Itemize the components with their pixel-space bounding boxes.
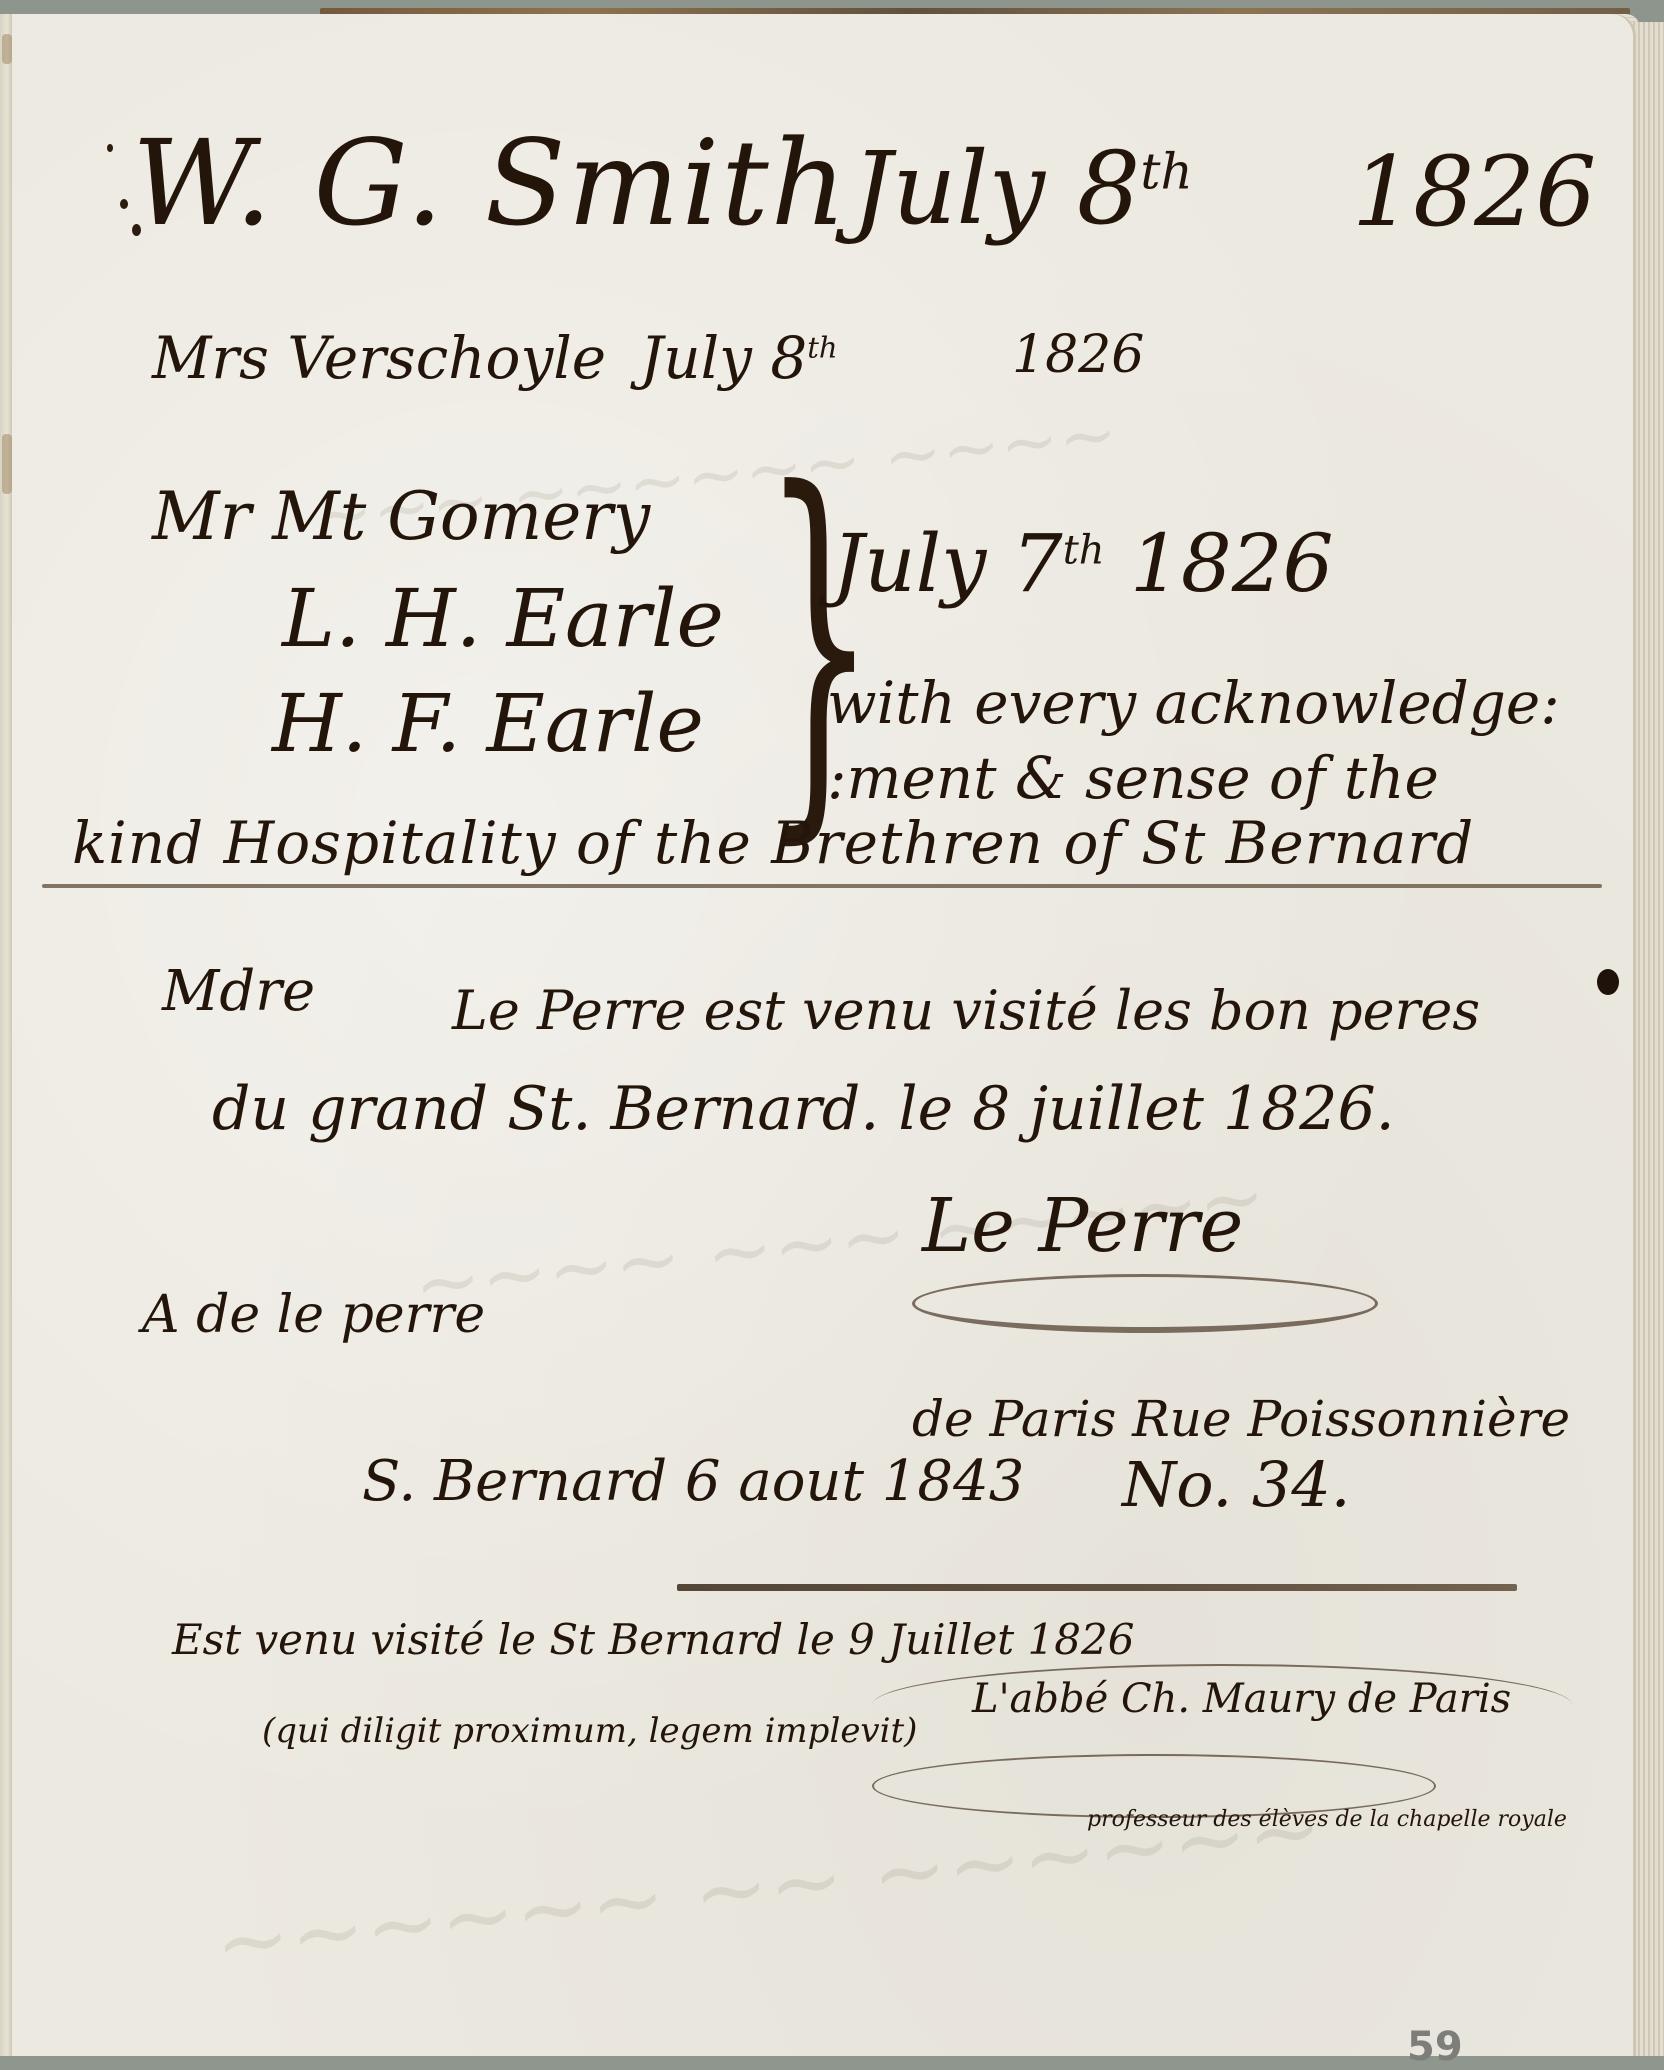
entry-date: July 7th 1826 <box>832 524 1334 604</box>
date-ordinal: th <box>1063 527 1105 573</box>
message-line: :ment & sense of the <box>827 749 1439 807</box>
page-number: 59 <box>1407 2024 1463 2056</box>
entry-number: No. 34. <box>1122 1454 1351 1516</box>
message-line: with every acknowledge: <box>827 674 1560 732</box>
ink-blot <box>1597 969 1619 995</box>
signature-name: Mrs Verschoyle <box>152 329 606 387</box>
ink-speck <box>107 144 113 152</box>
entry-line: du grand St. Bernard. le 8 juillet 1826. <box>212 1079 1395 1139</box>
divider-rule <box>677 1584 1517 1591</box>
entry-note: A de le perre <box>142 1289 485 1341</box>
ink-speck <box>120 199 128 209</box>
message-line: kind Hospitality of the Brethren of St B… <box>72 814 1474 872</box>
date-ordinal: th <box>807 331 837 365</box>
entry-line: Le Perre est venu visité les bon peres <box>452 984 1480 1038</box>
binding-stain <box>2 434 12 494</box>
signature-name: Mr Mt Gomery <box>152 484 650 550</box>
date-text: July 8 <box>852 130 1140 247</box>
signature: Le Perre <box>922 1189 1243 1263</box>
signature-flourish <box>872 1664 1572 1746</box>
signature-title: professeur des élèves de la chapelle roy… <box>1087 1809 1567 1831</box>
entry-prefix: Mdre <box>162 964 315 1020</box>
manuscript-page: ~~~ ~~~~~~ ~~~~ ~~~~ ~~~ ~~~~~ ~~~~~~ ~~… <box>12 14 1636 2056</box>
entry-date: July 8th <box>640 329 838 387</box>
signature-name: H. F. Earle <box>272 684 704 764</box>
entry-year: 1826 <box>1352 144 1596 240</box>
divider-rule <box>42 884 1602 888</box>
latin-motto: (qui diligit proximum, legem implevit) <box>262 1714 917 1748</box>
entry-line: Est venu visité le St Bernard le 9 Juill… <box>172 1619 1134 1661</box>
date-text: July 8 <box>640 324 807 392</box>
date-year: 1826 <box>1130 517 1334 610</box>
binding-stain <box>2 34 12 64</box>
entry-date: July 8th <box>852 139 1193 239</box>
entry-year: 1826 <box>1012 329 1144 381</box>
date-ordinal: th <box>1140 143 1192 201</box>
entry-line: S. Bernard 6 aout 1843 <box>362 1454 1024 1510</box>
signature-flourish <box>912 1274 1378 1333</box>
date-text: July 7 <box>832 517 1063 610</box>
signature-name: L. H. Earle <box>282 579 724 659</box>
address-line: de Paris Rue Poissonnière <box>912 1394 1570 1444</box>
signature-name: W. G. Smith <box>132 124 849 242</box>
